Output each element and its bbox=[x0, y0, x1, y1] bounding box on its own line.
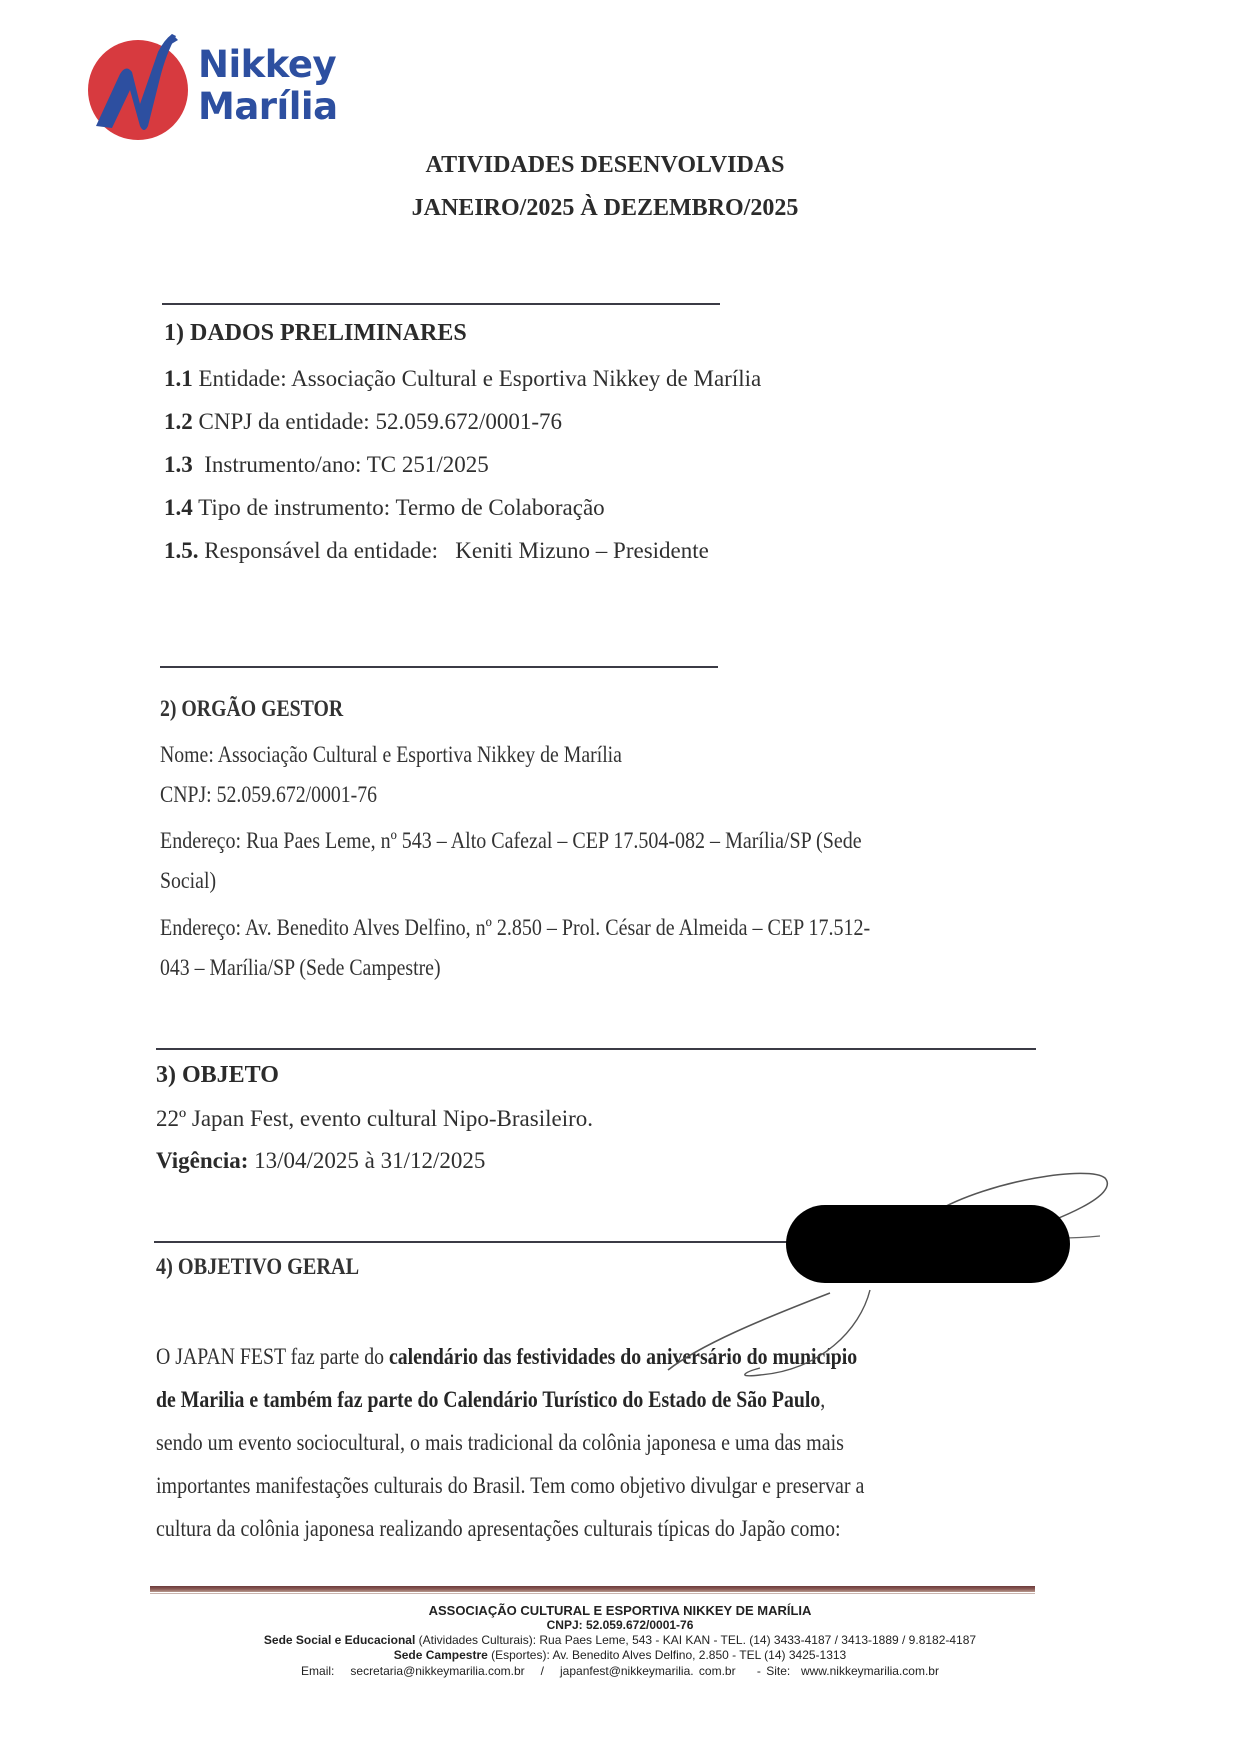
vigencia-value: 13/04/2025 à 31/12/2025 bbox=[248, 1148, 485, 1173]
vigencia: Vigência: 13/04/2025 à 31/12/2025 bbox=[156, 1148, 485, 1174]
footer-email-secretaria[interactable]: secretaria@nikkeymarilia.com.br bbox=[350, 1664, 524, 1678]
orgao-endereco-sede-campestre: Endereço: Av. Benedito Alves Delfino, nº… bbox=[160, 915, 870, 941]
document-period: JANEIRO/2025 À DEZEMBRO/2025 bbox=[0, 195, 1210, 222]
field-text: Instrumento/ano: TC 251/2025 bbox=[193, 452, 489, 477]
field-tipo-instrumento: 1.4 Tipo de instrumento: Termo de Colabo… bbox=[164, 495, 605, 521]
field-number: 1.2 bbox=[164, 409, 193, 434]
footer-site-label: - Site: bbox=[757, 1664, 790, 1678]
logo-n-swoosh-icon bbox=[86, 34, 196, 144]
section1-heading: 1) DADOS PRELIMINARES bbox=[164, 320, 467, 347]
footer-divider bbox=[150, 1586, 1035, 1592]
objetivo-paragraph-line1: O JAPAN FEST faz parte do calendário das… bbox=[156, 1344, 857, 1370]
footer-separator: / bbox=[541, 1664, 544, 1678]
section2-heading: 2) ORGÃO GESTOR bbox=[160, 696, 343, 722]
footer-label: Sede Social e Educacional bbox=[264, 1633, 415, 1647]
orgao-endereco-sede-social-cont: Social) bbox=[160, 868, 216, 894]
orgao-nome: Nome: Associação Cultural e Esportiva Ni… bbox=[160, 742, 622, 768]
field-number: 1.3 bbox=[164, 452, 193, 477]
text-run: O JAPAN FEST faz parte do bbox=[156, 1344, 389, 1369]
text-run-bold: de Marilia e também faz parte do Calendá… bbox=[156, 1387, 820, 1412]
footer-text: (Atividades Culturais): Rua Paes Leme, 5… bbox=[415, 1633, 976, 1647]
vigencia-label: Vigência: bbox=[156, 1148, 248, 1173]
field-cnpj: 1.2 CNPJ da entidade: 52.059.672/0001-76 bbox=[164, 409, 562, 435]
section-divider bbox=[162, 303, 720, 305]
field-entidade: 1.1 Entidade: Associação Cultural e Espo… bbox=[164, 366, 761, 392]
nikkey-marilia-logo: Nikkey Marília bbox=[86, 34, 356, 144]
section-divider bbox=[160, 666, 718, 668]
objetivo-paragraph-line3: sendo um evento sociocultural, o mais tr… bbox=[156, 1430, 844, 1456]
text-run-bold: calendário das festividades do aniversár… bbox=[389, 1344, 857, 1369]
footer-cnpj: CNPJ: 52.059.672/0001-76 bbox=[0, 1618, 1240, 1633]
objetivo-paragraph-line5: cultura da colônia japonesa realizando a… bbox=[156, 1516, 841, 1542]
section4-heading: 4) OBJETIVO GERAL bbox=[156, 1254, 359, 1280]
orgao-cnpj: CNPJ: 52.059.672/0001-76 bbox=[160, 782, 377, 808]
redacted-signature-block bbox=[786, 1205, 1070, 1283]
section-divider bbox=[154, 1241, 804, 1243]
field-text: CNPJ da entidade: 52.059.672/0001-76 bbox=[193, 409, 562, 434]
section-divider bbox=[156, 1048, 1036, 1050]
field-number: 1.5. bbox=[164, 538, 199, 563]
field-number: 1.4 bbox=[164, 495, 193, 520]
footer-sede-social: Sede Social e Educacional (Atividades Cu… bbox=[0, 1633, 1240, 1648]
section3-heading: 3) OBJETO bbox=[156, 1062, 279, 1089]
field-text: Responsável da entidade: Keniti Mizuno –… bbox=[199, 538, 709, 563]
footer-text: (Esportes): Av. Benedito Alves Delfino, … bbox=[488, 1648, 846, 1662]
field-number: 1.1 bbox=[164, 366, 193, 391]
text-run: , bbox=[820, 1387, 825, 1412]
orgao-endereco-sede-social: Endereço: Rua Paes Leme, nº 543 – Alto C… bbox=[160, 828, 862, 854]
footer-email-japanfest[interactable]: japanfest@nikkeymarilia. com.br bbox=[560, 1664, 736, 1678]
footer-email-label: Email: bbox=[301, 1664, 334, 1678]
logo-text-line1: Nikkey bbox=[198, 44, 338, 86]
field-instrumento: 1.3 Instrumento/ano: TC 251/2025 bbox=[164, 452, 489, 478]
footer-contacts: Email: secretaria@nikkeymarilia.com.br /… bbox=[0, 1664, 1240, 1679]
footer-sede-campestre: Sede Campestre (Esportes): Av. Benedito … bbox=[0, 1648, 1240, 1663]
objeto-text: 22º Japan Fest, evento cultural Nipo-Bra… bbox=[156, 1106, 593, 1132]
logo-text-line2: Marília bbox=[198, 86, 338, 128]
footer-org-name: ASSOCIAÇÃO CULTURAL E ESPORTIVA NIKKEY D… bbox=[0, 1603, 1240, 1618]
field-text: Entidade: Associação Cultural e Esportiv… bbox=[193, 366, 761, 391]
objetivo-paragraph-line4: importantes manifestações culturais do B… bbox=[156, 1473, 864, 1499]
footer-divider-shadow bbox=[150, 1593, 1035, 1594]
footer-label: Sede Campestre bbox=[394, 1648, 488, 1662]
field-responsavel: 1.5. Responsável da entidade: Keniti Miz… bbox=[164, 538, 709, 564]
orgao-endereco-sede-campestre-cont: 043 – Marília/SP (Sede Campestre) bbox=[160, 955, 441, 981]
document-title: ATIVIDADES DESENVOLVIDAS bbox=[0, 152, 1210, 179]
footer-site-link[interactable]: www.nikkeymarilia.com.br bbox=[801, 1664, 939, 1678]
field-text: Tipo de instrumento: Termo de Colaboraçã… bbox=[193, 495, 605, 520]
objetivo-paragraph-line2: de Marilia e também faz parte do Calendá… bbox=[156, 1387, 825, 1413]
